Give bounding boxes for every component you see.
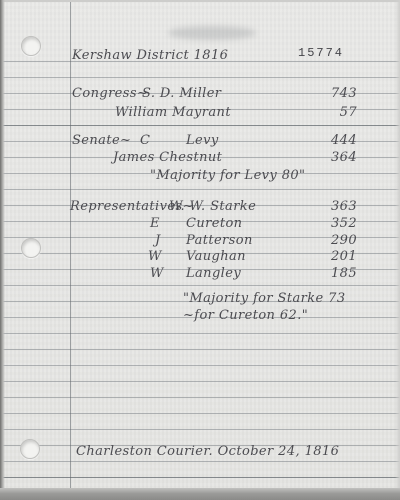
ruled-line-dark: [0, 125, 400, 126]
vote-count: 364: [315, 150, 357, 166]
scan-background-strip: [0, 488, 400, 500]
representatives-row-4: W Vaughan 201: [0, 249, 400, 266]
vote-count: 743: [315, 86, 357, 102]
representatives-row-1: Representatives~ W. W. Starke 363: [0, 199, 400, 216]
vote-count: 57: [315, 105, 357, 121]
candidate-name: Levy: [186, 133, 219, 149]
candidate-name: William Mayrant: [115, 105, 231, 121]
senate-row-2: James Chestnut 364: [0, 150, 400, 167]
candidate-name: Patterson: [186, 233, 253, 249]
senate-label: Senate~: [72, 133, 131, 149]
candidate-name: W. W. Starke: [169, 199, 256, 215]
majority-note: ~for Cureton 62.": [183, 308, 308, 324]
vote-count: 290: [315, 233, 357, 249]
vote-count: 363: [315, 199, 357, 215]
majority-note: "Majority for Starke 73: [183, 291, 346, 307]
senate-row-1: Senate~ C Levy 444: [0, 133, 400, 150]
vote-count: 185: [315, 266, 357, 282]
candidate-name: Vaughan: [186, 249, 246, 265]
page-title: Kershaw District 1816: [72, 48, 228, 64]
majority-note: "Majority for Levy 80": [150, 168, 305, 184]
candidate-initial: C: [140, 133, 150, 149]
paper-edge-left: [0, 0, 5, 492]
candidate-name: Cureton: [186, 216, 242, 232]
candidate-initial: J: [155, 233, 161, 249]
candidate-name: Langley: [186, 266, 241, 282]
candidate-initial: W: [148, 249, 162, 265]
vote-count: 444: [315, 133, 357, 149]
ruled-line-dark: [0, 477, 400, 478]
scanned-notebook-page: 15774 Kershaw District 1816 Congress~ S.…: [0, 0, 400, 492]
representatives-row-5: W Langley 185: [0, 266, 400, 283]
representatives-row-2: E Cureton 352: [0, 216, 400, 233]
candidate-name: James Chestnut: [113, 150, 222, 166]
title-row: Kershaw District 1816: [0, 48, 400, 65]
reps-majority-note-line1: "Majority for Starke 73: [0, 291, 400, 308]
congress-row-2: William Mayrant 57: [0, 105, 400, 122]
candidate-initial: W: [150, 266, 164, 282]
paper-edge-top: [0, 0, 400, 2]
senate-majority-note: "Majority for Levy 80": [0, 168, 400, 185]
vote-count: 201: [315, 249, 357, 265]
candidate-initial: E: [150, 216, 160, 232]
reps-majority-note-line2: ~for Cureton 62.": [0, 308, 400, 325]
vote-count: 352: [315, 216, 357, 232]
congress-label: Congress~: [72, 86, 148, 102]
source-row: Charleston Courier. October 24, 1816: [0, 444, 400, 461]
congress-row-1: Congress~ S. D. Miller 743: [0, 86, 400, 103]
candidate-name: S. D. Miller: [142, 86, 221, 102]
smudge-mark: [168, 26, 256, 40]
source-citation: Charleston Courier. October 24, 1816: [76, 444, 339, 460]
paper-edge-right: [395, 0, 400, 492]
representatives-row-3: J Patterson 290: [0, 233, 400, 250]
